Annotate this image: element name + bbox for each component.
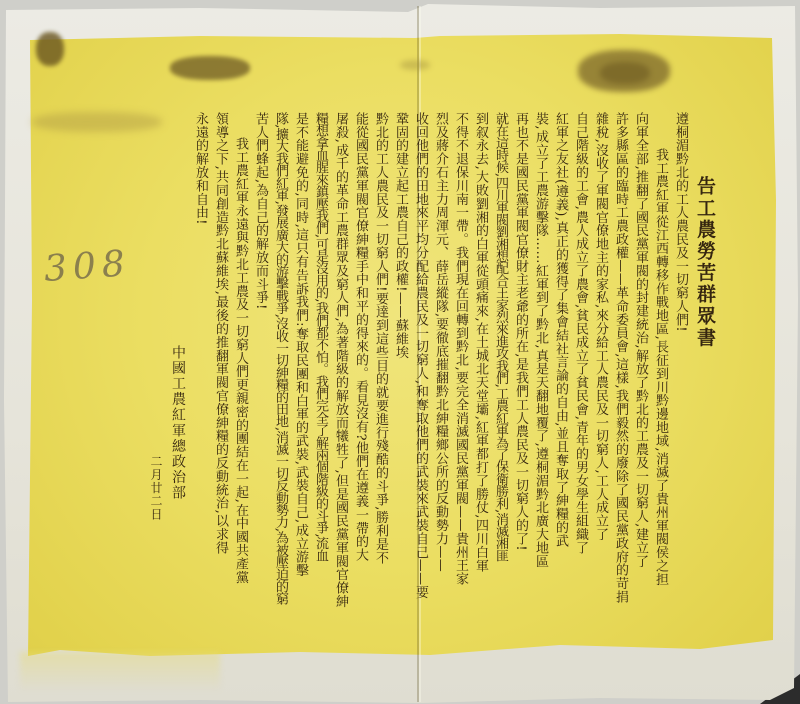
text-column: 紅軍之友社(遵義),真正的獲得了集會結社言論的自由,並且奪取了紳糧的武	[550, 112, 570, 642]
issuer-signature: 中國工農紅軍總政治部	[168, 345, 188, 501]
text-column: 向軍全部,推翻了國民黨軍閥的封建統治,解放了黔北的工農及一切窮人,建立了	[630, 112, 650, 642]
text-column: 我工農紅軍從江西轉移作戰地區,長征到川黔邊地域,消滅了貴州軍閥侯之担	[650, 112, 670, 642]
document-title: 告工農勞苦群眾書	[693, 176, 717, 349]
text-column: 我工農紅軍永遠與黔北工農及一切窮人們更親密的團結在一起,在中國共產黨	[230, 112, 250, 642]
salutation: 遵桐湄黔北的工人農民及一切窮人們!	[670, 112, 690, 642]
stain-corner	[36, 32, 64, 66]
text-column: 自己階級的工會,農人成立了農會,貧民成立了貧民會,青年的男女學生組織了	[570, 112, 590, 642]
stain-top-right-core	[600, 62, 650, 84]
text-column: 永遠的解放和自由!	[190, 112, 210, 642]
text-column: 黔北的工人農民及一切窮人們!要達到這些目的就要進行殘酷的斗爭,勝利是不	[370, 112, 390, 642]
text-column: 再也不是國民黨軍閥官僚財主老爺的所在,是我們工人農民及一切窮人的了!	[510, 112, 530, 642]
smudge-left	[32, 112, 162, 132]
text-column: 到叙永去,大敗劉湘的白軍從頭痛來,在土城北天堂壩,紅軍都打了勝仗,四川白軍	[470, 112, 490, 642]
stain-top-left	[170, 56, 250, 80]
text-column: 雜稅,沒收了軍閥官僚地主的家私,來分給工人農民及一切窮人,工人成立了	[590, 112, 610, 642]
text-column: 隊,擴大我們紅軍,發展廣大的游擊戰爭,沒收一切紳糧的田地,消滅一切反動勢力,為被…	[270, 112, 290, 642]
paper-discoloration	[20, 652, 220, 692]
text-column: 裝,成立了工農游擊隊……紅軍到了黔北,真是天翻地覆了,遵桐湄黔北廣大地區	[530, 112, 550, 642]
issue-date: 二月廿二日	[147, 455, 165, 521]
text-column: 烈及蔣介石主力周渾元、薛岳縱隊,要徹底摧翻黔北紳糧鄉公所的反動勢力——	[430, 112, 450, 642]
text-column: 就在這時候,四川軍閥劉湘想配合王家烈來進攻我們,工農紅軍為了保衛勝利,消滅湘匪	[490, 112, 510, 642]
text-column: 能從國民黨軍閥官僚紳糧手中和平的得來的。看見沒有?他們在遵義一帶的大	[350, 112, 370, 642]
text-column: 屠殺,成千的革命工農群眾及窮人們,為著階級的解放而犧牲了,但是國民黨軍閥官僚紳	[330, 112, 350, 642]
text-column: 鞏固的建立起工農自己的政權!——蘇維埃	[390, 112, 410, 642]
pencil-annotation: 308	[43, 243, 132, 290]
text-column: 是不能避免的,同時,這只有告訴我們:奪取民團和白軍的武裝,武裝自己,成立游擊	[290, 112, 310, 642]
text-column: 許多縣區的臨時工農政權——革命委員會,這樣,我們毅然的廢除了國民黨政府的苛捐	[610, 112, 630, 642]
text-column: 苦人們蜂起,為自己的解放而斗爭!	[250, 112, 270, 642]
text-column: 收回他們的田地來平均分配給農民及一切窮人,和奪取他們的武裝來武裝自己——要	[410, 112, 430, 642]
text-column: 糧想拿血腥來鎮壓我們,可是沒用的,我們都不怕。我們完全了解兩個階級的斗爭,流血	[310, 112, 330, 642]
document-body: 遵桐湄黔北的工人農民及一切窮人們! 我工農紅軍從江西轉移作戰地區,長征到川黔邊地…	[190, 112, 690, 642]
stain-fold	[400, 60, 430, 70]
text-column: 領導之下,共同創造黔北蘇維埃,最後的推翻軍閥官僚紳糧的反動統治,以求得	[210, 112, 230, 642]
text-column: 不得不退保川南一帶。我們現在回轉到黔北,要完全消滅國民黨軍閥——貴州王家	[450, 112, 470, 642]
